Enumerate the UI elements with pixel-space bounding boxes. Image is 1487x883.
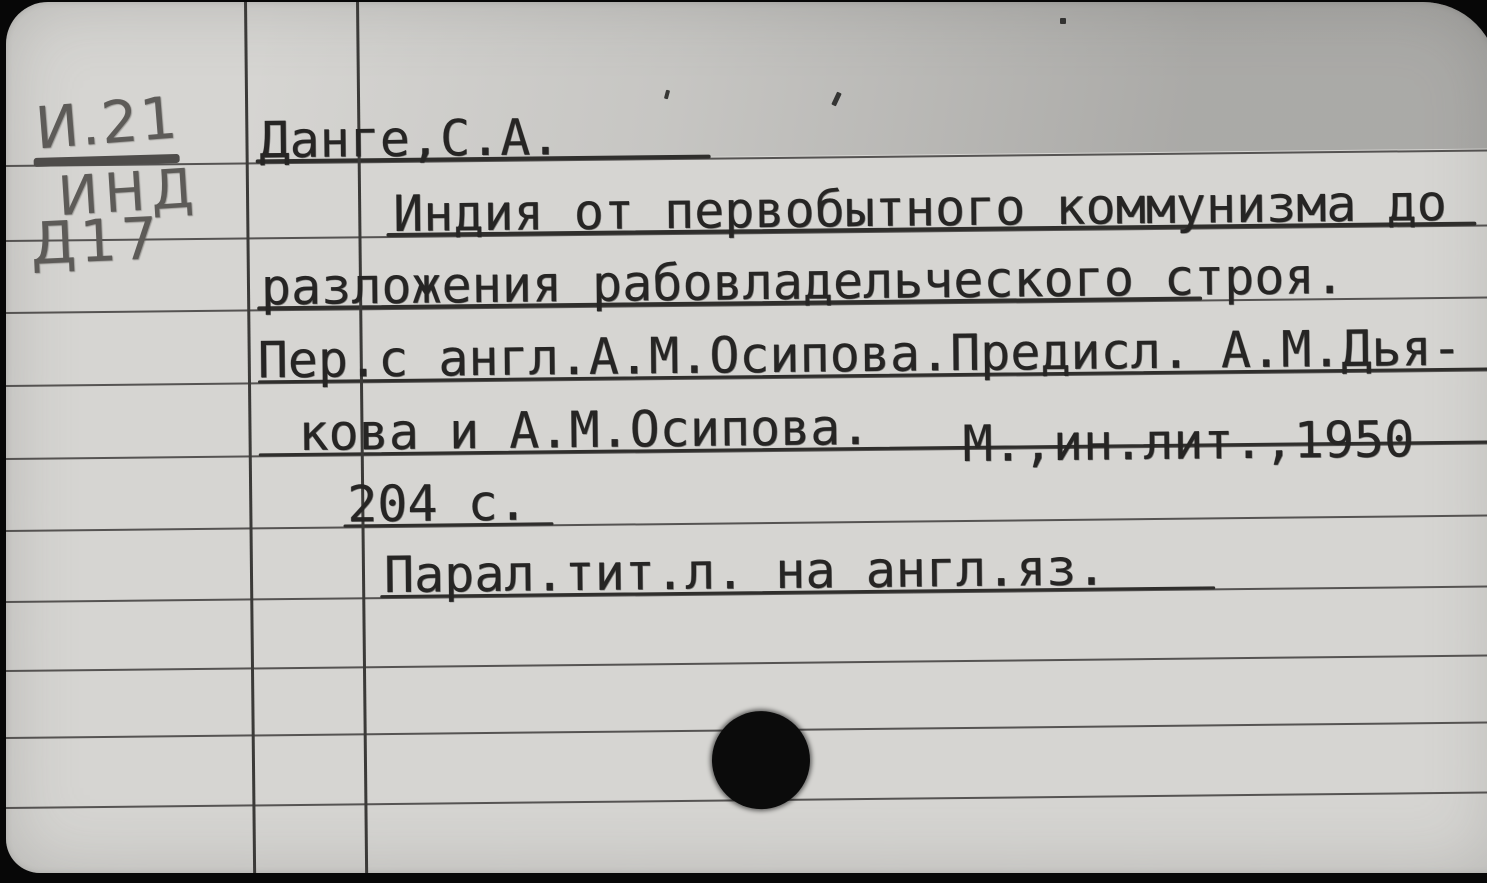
- statement-line-1: Пер.с англ.А.М.Осипова.Предисл. А.М.Дья-: [258, 324, 1463, 385]
- title-line-2: разложения рабовладельческого строя.: [261, 252, 1345, 311]
- language-note: Парал.тит.л. на англ.яз.: [384, 544, 1107, 600]
- statement-line-2: кова и А.М.Осипова.: [298, 403, 870, 457]
- call-number-cutter: Д17: [29, 204, 163, 278]
- photo-background: И.21 ИНД Д17 Данге,С.А. Индия от первобы…: [0, 0, 1487, 883]
- speck: [1060, 18, 1066, 24]
- call-number-class: И.21: [33, 83, 182, 162]
- catalog-card: И.21 ИНД Д17 Данге,С.А. Индия от первобы…: [6, 2, 1487, 873]
- title-line-1: Индия от первобытного коммунизма до: [393, 179, 1447, 238]
- author-heading: Данге,С.А.: [259, 113, 561, 164]
- ruled-line: [6, 654, 1487, 672]
- top-shadow: [6, 2, 1487, 164]
- collation: 204 с.: [347, 479, 528, 529]
- punch-hole: [711, 711, 810, 810]
- imprint: М.,ин.лит.,1950: [962, 415, 1414, 468]
- ruled-line: [6, 514, 1487, 532]
- card-grid: И.21 ИНД Д17 Данге,С.А. Индия от первобы…: [6, 2, 1487, 873]
